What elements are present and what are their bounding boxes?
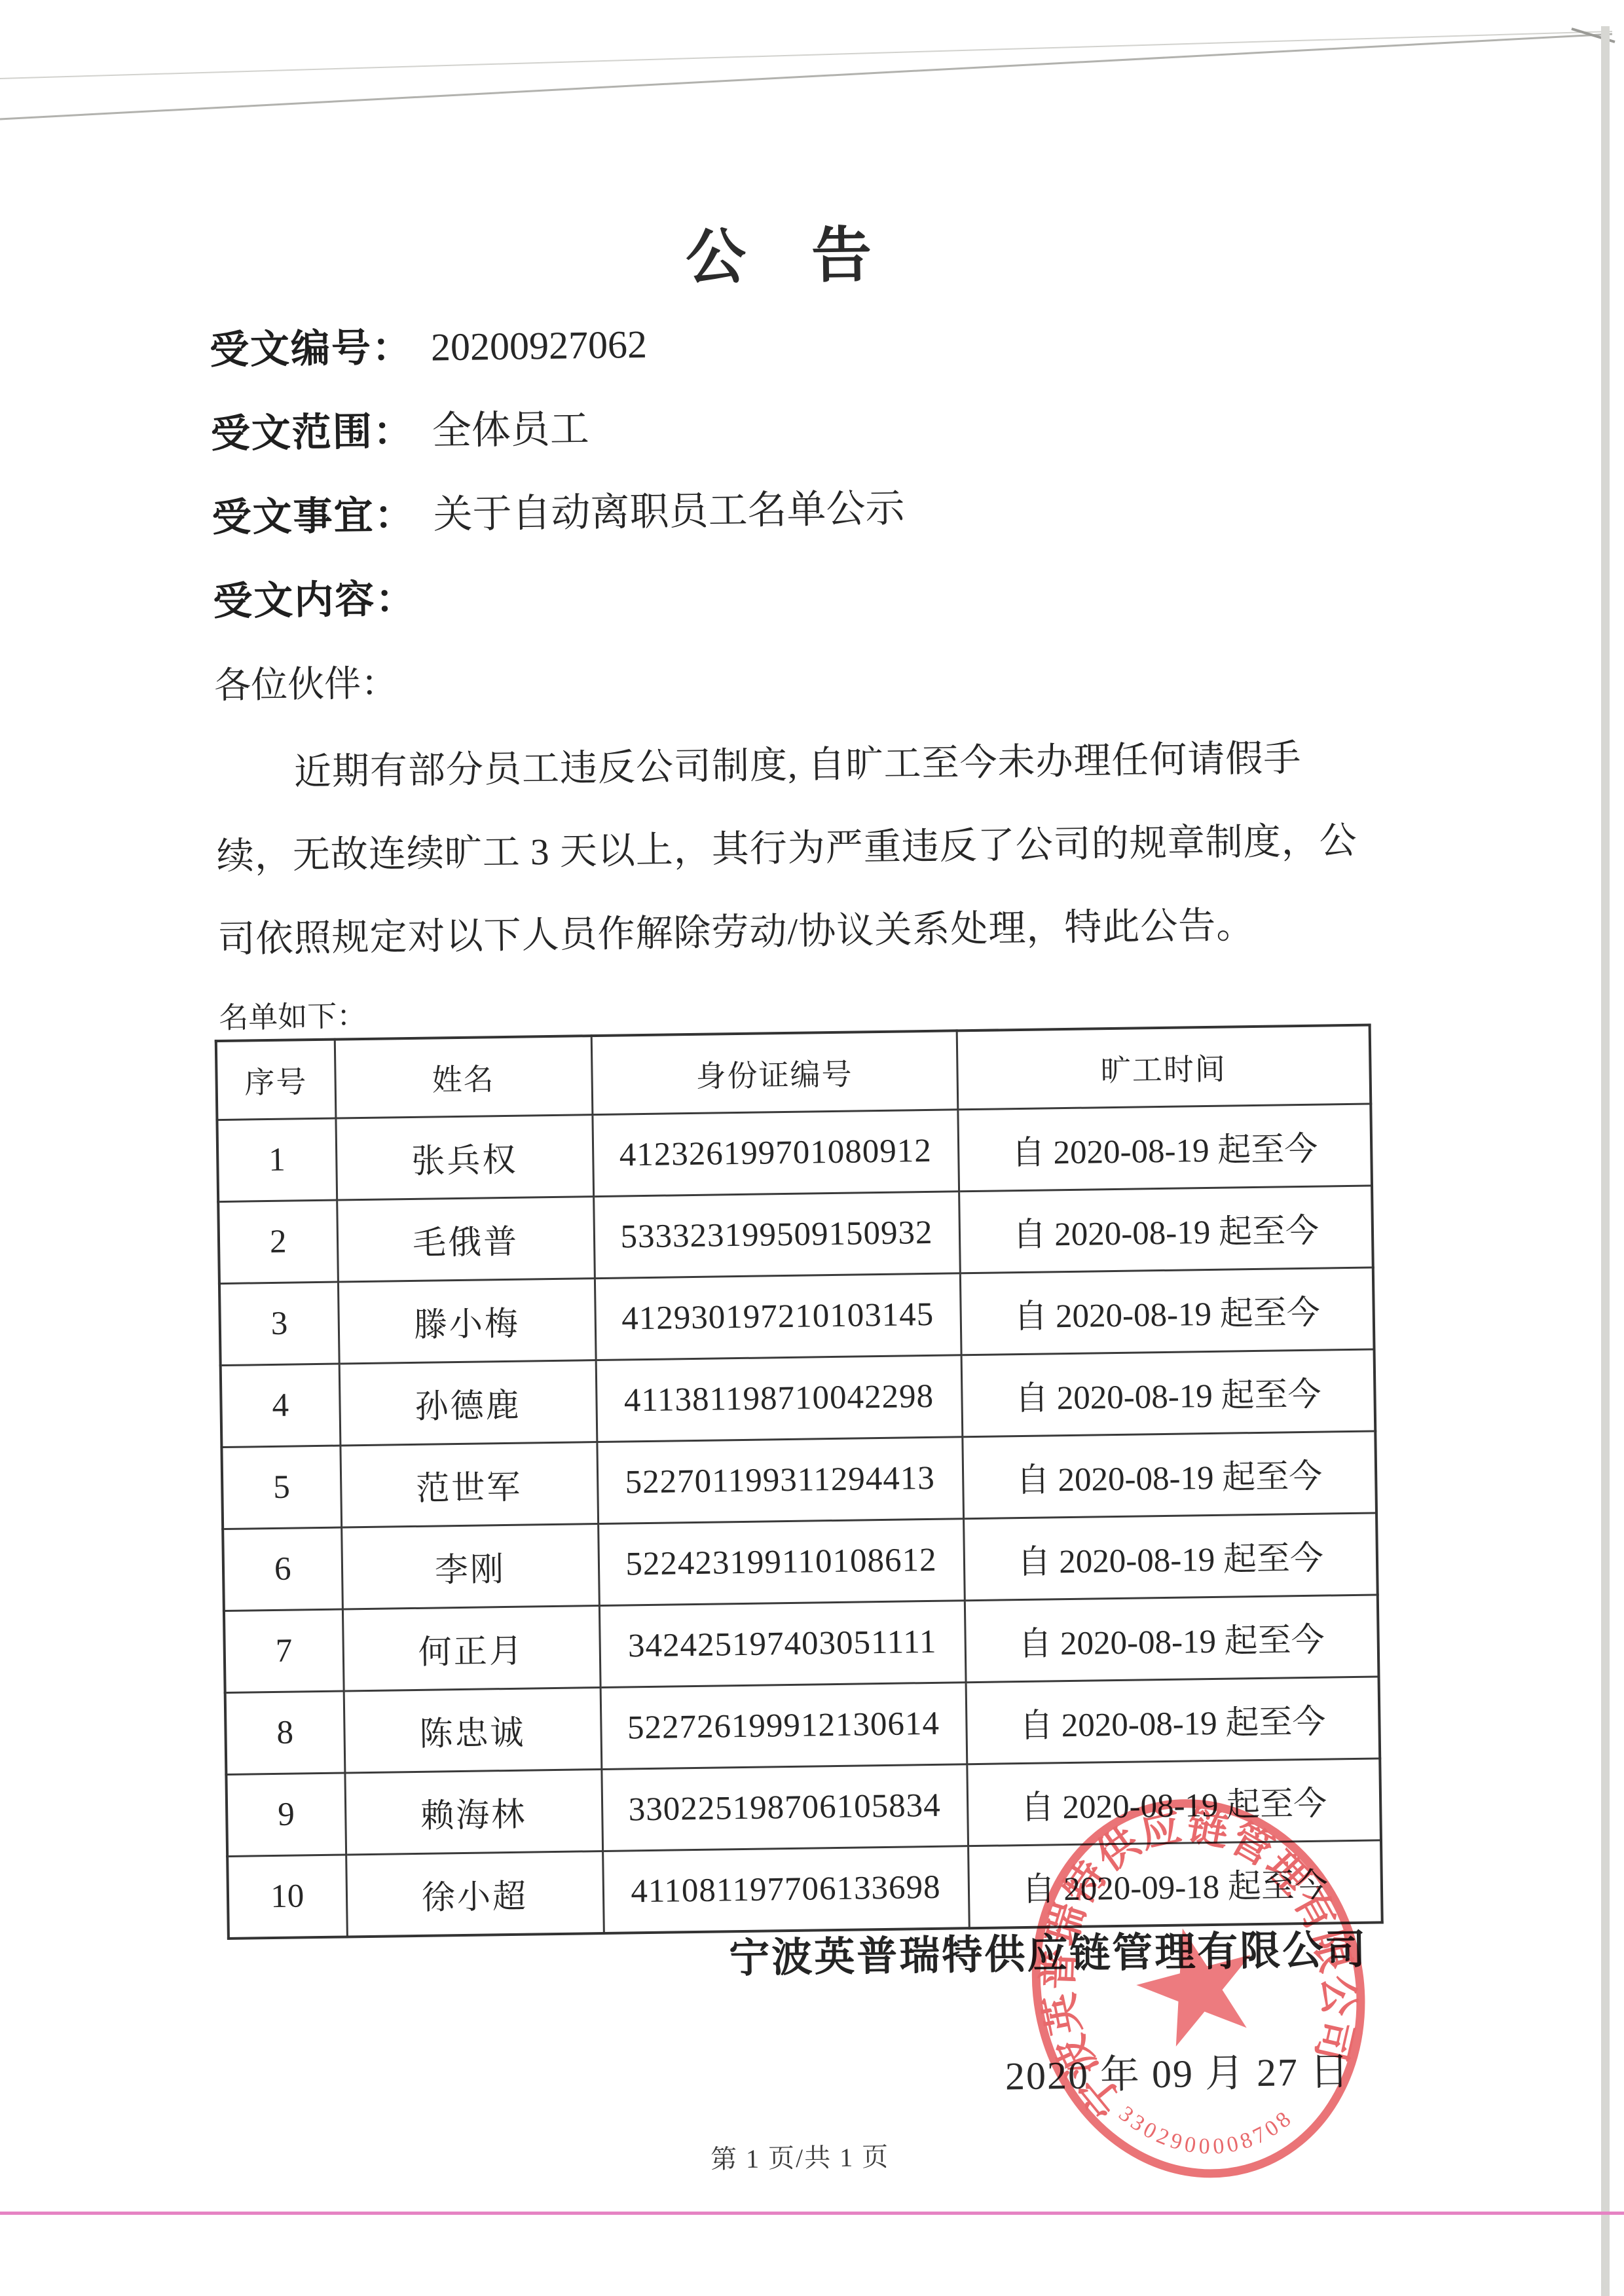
row-name: 徐小超 bbox=[346, 1851, 604, 1937]
doc-number-value: 20200927062 bbox=[431, 323, 648, 369]
document-content: 公 告 受文编号：20200927062 受文范围：全体员工 受文事宜：关于自动… bbox=[0, 0, 1624, 2296]
row-id: 533323199509150932 bbox=[593, 1192, 960, 1279]
table-row: 2 毛俄普 533323199509150932 自 2020-08-19 起至… bbox=[218, 1186, 1373, 1284]
subject-value: 关于自动离职员工名单公示 bbox=[433, 486, 905, 536]
row-no: 10 bbox=[227, 1855, 347, 1939]
list-intro: 名单如下： bbox=[219, 992, 367, 1036]
row-period: 自 2020-08-19 起至今 bbox=[957, 1104, 1372, 1192]
svg-text:3302900008708: 3302900008708 bbox=[1111, 2061, 1302, 2184]
row-period: 自 2020-08-19 起至今 bbox=[963, 1513, 1378, 1601]
row-id: 411081197706133698 bbox=[602, 1846, 969, 1933]
row-id: 342425197403051111 bbox=[599, 1601, 966, 1688]
row-name: 李刚 bbox=[341, 1524, 599, 1609]
row-period: 自 2020-08-19 起至今 bbox=[961, 1349, 1376, 1437]
seal-registration-number: 3302900008708 bbox=[1111, 2061, 1302, 2184]
row-name: 滕小梅 bbox=[338, 1279, 596, 1364]
table-row: 6 李刚 522423199110108612 自 2020-08-19 起至今 bbox=[223, 1513, 1378, 1611]
row-name: 张兵权 bbox=[335, 1115, 593, 1200]
row-name: 陈忠诚 bbox=[344, 1688, 602, 1773]
row-name: 范世军 bbox=[340, 1442, 598, 1527]
row-no: 9 bbox=[226, 1773, 346, 1857]
row-period: 自 2020-08-19 起至今 bbox=[959, 1186, 1373, 1273]
scope-value: 全体员工 bbox=[432, 407, 589, 452]
table-row: 1 张兵权 412326199701080912 自 2020-08-19 起至… bbox=[217, 1104, 1372, 1202]
row-name: 赖海林 bbox=[344, 1770, 602, 1855]
row-no: 1 bbox=[217, 1118, 337, 1202]
row-id: 522423199110108612 bbox=[598, 1519, 965, 1606]
document-title: 公 告 bbox=[0, 197, 1573, 306]
content-value bbox=[434, 577, 435, 620]
scope-label: 受文范围： bbox=[210, 410, 414, 456]
row-no: 5 bbox=[221, 1446, 341, 1529]
row-id: 412326199701080912 bbox=[592, 1110, 959, 1197]
body-line-2: 续，无故连续旷工 3 天以上，其行为严重违反了公司的规章制度，公 bbox=[216, 810, 1379, 880]
row-no: 2 bbox=[218, 1200, 338, 1284]
row-id: 330225198706105834 bbox=[601, 1764, 968, 1851]
scanned-announcement-page: 公 告 受文编号：20200927062 受文范围：全体员工 受文事宜：关于自动… bbox=[0, 0, 1624, 2296]
row-no: 6 bbox=[223, 1527, 342, 1611]
body-line-1: 近期有部分员工违反公司制度, 自旷工至今未办理任何请假手 bbox=[215, 727, 1378, 797]
table-row: 7 何正月 342425197403051111 自 2020-08-19 起至… bbox=[224, 1595, 1379, 1693]
row-name: 毛俄普 bbox=[337, 1197, 595, 1282]
row-period: 自 2020-08-19 起至今 bbox=[960, 1267, 1375, 1355]
row-no: 7 bbox=[224, 1609, 344, 1693]
row-name: 何正月 bbox=[342, 1606, 600, 1691]
header-id: 身份证编号 bbox=[591, 1030, 958, 1114]
row-no: 3 bbox=[219, 1282, 339, 1366]
doc-number-label: 受文编号： bbox=[210, 326, 413, 372]
table-row: 4 孙德鹿 411381198710042298 自 2020-08-19 起至… bbox=[221, 1349, 1376, 1448]
content-label: 受文内容： bbox=[213, 577, 416, 623]
meta-row-content: 受文内容： bbox=[213, 567, 435, 627]
header-no: 序号 bbox=[216, 1040, 336, 1120]
body-line-3: 司依照规定对以下人员作解除劳动/协议关系处理，特此公告。 bbox=[217, 893, 1380, 963]
row-period: 自 2020-08-19 起至今 bbox=[962, 1431, 1376, 1519]
row-no: 8 bbox=[225, 1691, 345, 1775]
subject-label: 受文事宜： bbox=[212, 494, 415, 539]
row-period: 自 2020-08-19 起至今 bbox=[965, 1595, 1379, 1683]
header-name: 姓名 bbox=[335, 1036, 593, 1118]
table-row: 3 滕小梅 412930197210103145 自 2020-08-19 起至… bbox=[219, 1267, 1375, 1366]
table-row: 8 陈忠诚 522726199912130614 自 2020-08-19 起至… bbox=[225, 1677, 1380, 1775]
seal-star-icon bbox=[1126, 1913, 1269, 2052]
salutation: 各位伙伴： bbox=[214, 654, 398, 709]
row-name: 孙德鹿 bbox=[339, 1360, 597, 1446]
header-period: 旷工时间 bbox=[957, 1025, 1371, 1110]
meta-row-scope: 受文范围：全体员工 bbox=[210, 397, 589, 459]
row-no: 4 bbox=[221, 1364, 341, 1448]
table-row: 5 范世军 522701199311294413 自 2020-08-19 起至… bbox=[221, 1431, 1376, 1529]
row-id: 522726199912130614 bbox=[600, 1683, 967, 1770]
row-id: 411381198710042298 bbox=[596, 1355, 963, 1442]
company-seal-stamp: 宁波英普瑞特供应链管理有限公司 3302900008708 bbox=[1012, 1776, 1385, 2200]
row-period: 自 2020-08-19 起至今 bbox=[966, 1677, 1380, 1764]
meta-row-subject: 受文事宜：关于自动离职员工名单公示 bbox=[212, 477, 905, 543]
row-id: 412930197210103145 bbox=[595, 1273, 961, 1360]
row-id: 522701199311294413 bbox=[597, 1437, 963, 1524]
meta-row-doc-number: 受文编号：20200927062 bbox=[209, 313, 647, 375]
